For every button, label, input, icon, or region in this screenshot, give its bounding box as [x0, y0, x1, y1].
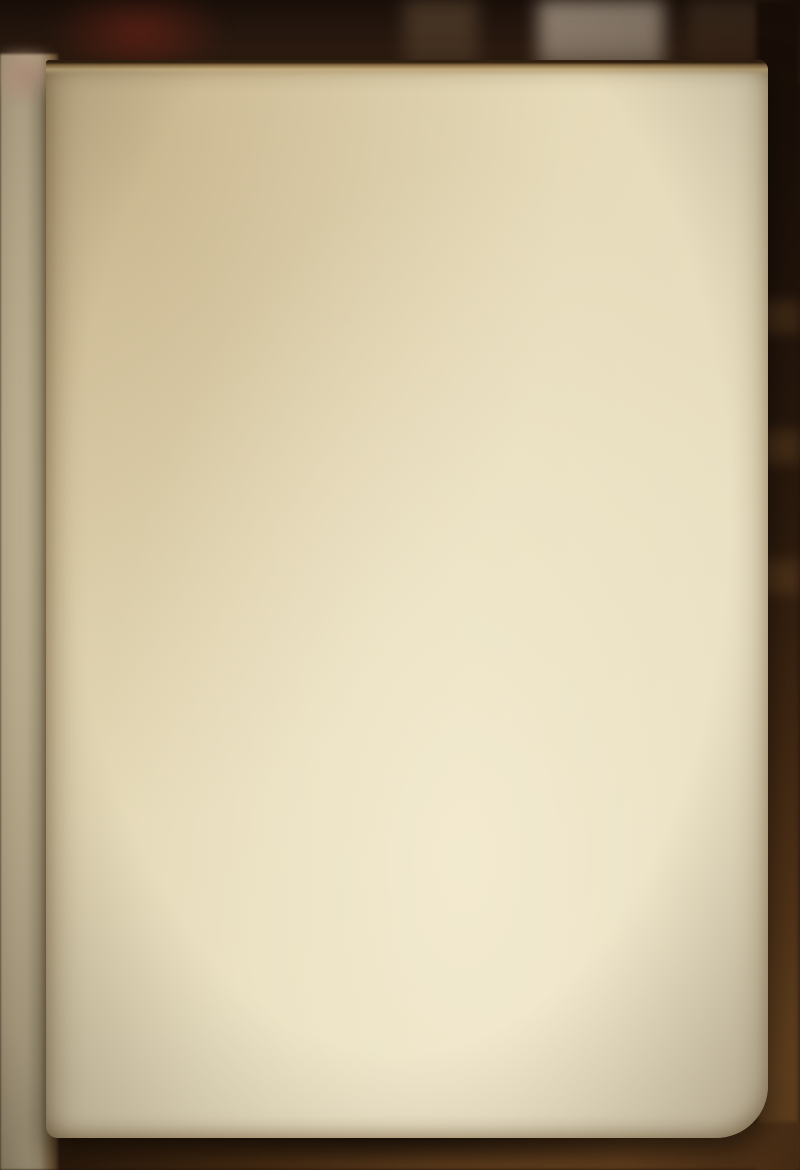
manuscript-page: [46, 60, 768, 1138]
manuscript-photo: [0, 0, 800, 1170]
page-fore-edge: [46, 60, 768, 75]
